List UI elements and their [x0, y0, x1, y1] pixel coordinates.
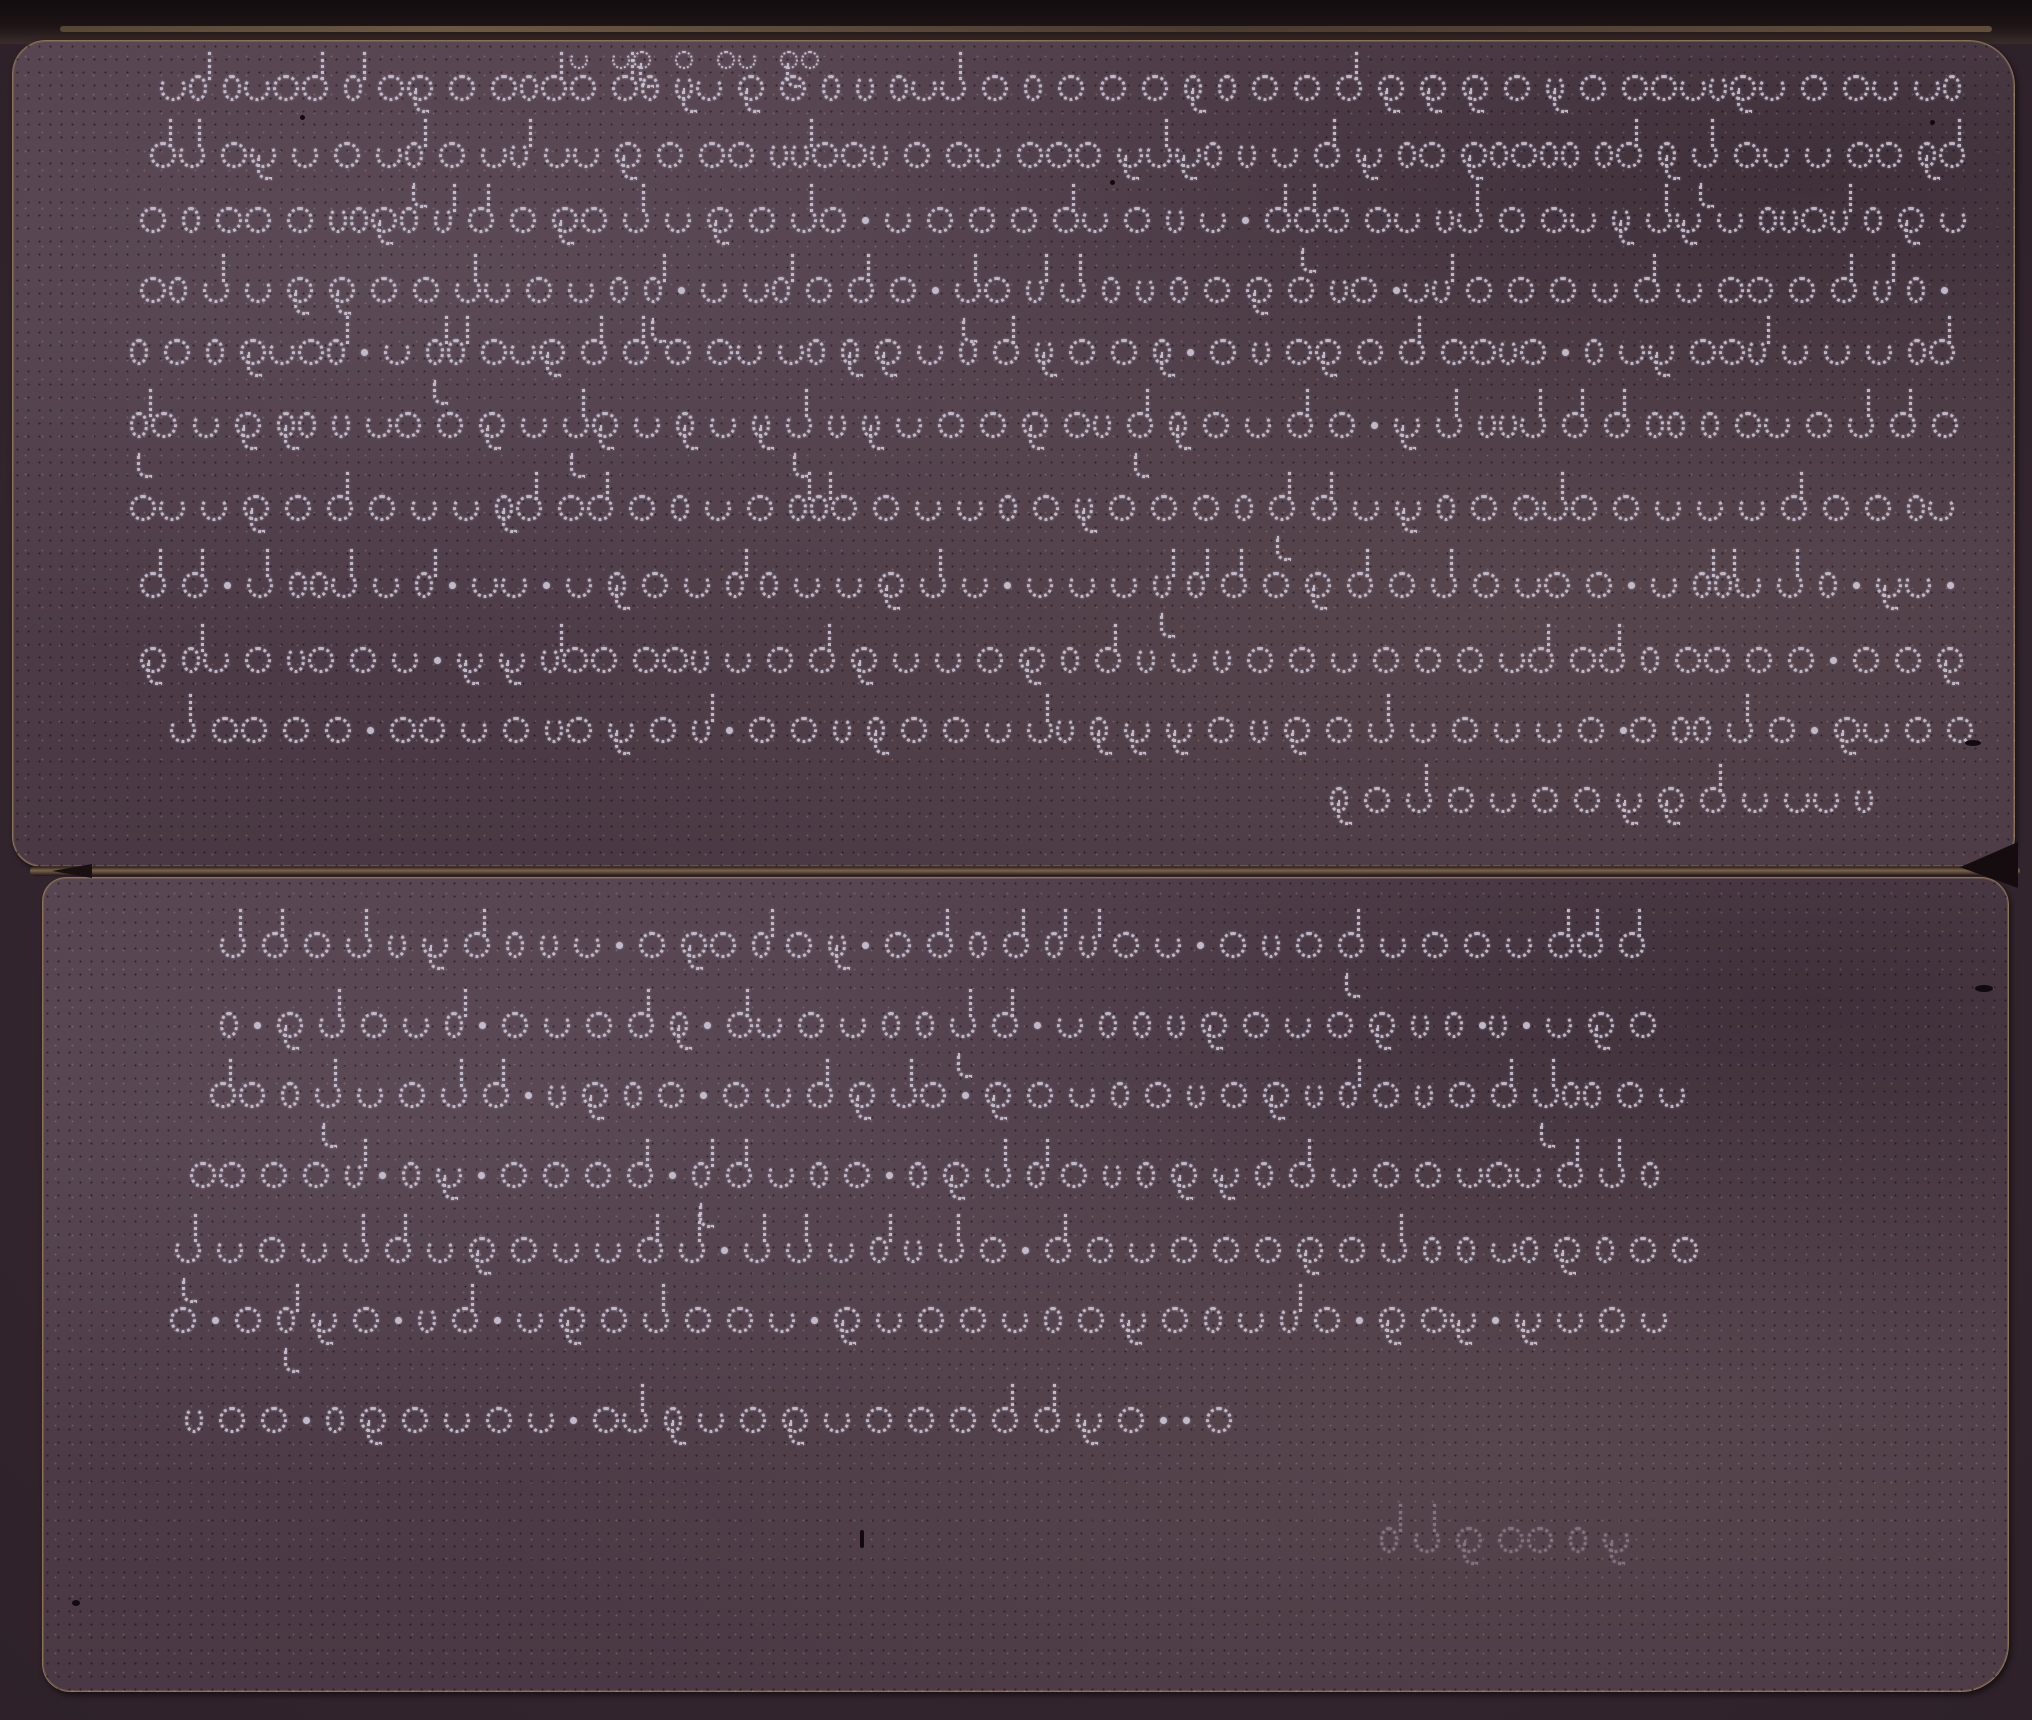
- glyph-stroke: [1569, 1527, 1587, 1553]
- glyph-stroke: [1733, 647, 1743, 673]
- glyph-stroke: [1462, 75, 1488, 101]
- glyph-stroke: [964, 647, 974, 673]
- glyph-stroke: [1191, 1307, 1201, 1333]
- glyph-stroke: [1410, 1237, 1420, 1263]
- glyph-stroke: [1343, 142, 1353, 168]
- glyph-stroke: [1895, 339, 1905, 365]
- glyph-stroke: [1255, 1162, 1273, 1188]
- glyph-stroke: [468, 207, 494, 233]
- glyph-stroke: [1339, 1237, 1365, 1263]
- glyph-stroke: [1169, 412, 1187, 438]
- glyph-stroke: [809, 75, 819, 101]
- glyph-stroke: [1927, 207, 1937, 233]
- glyph-stroke: [1572, 339, 1582, 365]
- glyph-stroke: [1432, 1012, 1442, 1038]
- glyph-stroke: [890, 277, 916, 303]
- glyph-stroke: [962, 1092, 969, 1099]
- glyph-stroke: [1329, 412, 1355, 438]
- glyph-stroke: [1403, 277, 1429, 303]
- glyph-stroke: [439, 1307, 449, 1333]
- glyph-stroke: [1325, 932, 1335, 958]
- glyph-stroke: [890, 75, 908, 101]
- glyph-stroke: [979, 1012, 989, 1038]
- glyph-stroke: [902, 495, 912, 521]
- glyph-stroke: [904, 1237, 922, 1263]
- glyph-stroke: [1045, 75, 1055, 101]
- glyph-stroke: [1289, 1162, 1315, 1188]
- glyph-stroke: [773, 412, 783, 438]
- glyph-stroke: [949, 1082, 959, 1108]
- glyph-stroke: [1528, 207, 1538, 233]
- glyph-stroke: [563, 412, 589, 438]
- glyph-stroke: [615, 142, 641, 168]
- glyph-stroke: [738, 75, 764, 101]
- glyph-stroke: [346, 932, 372, 958]
- glyph-stroke: [264, 1012, 274, 1038]
- glyph-stroke: [340, 1307, 350, 1333]
- glyph-stroke: [1142, 75, 1168, 101]
- glyph-stroke: [451, 932, 461, 958]
- glyph-stroke: [1453, 277, 1463, 303]
- glyph-stroke: [1315, 339, 1341, 365]
- script-line: ဗ ပ ၊ ဖ ဒ္ဒ ေ ဘ ၊ ဇြ ၊ ဂ ၁ ၈ ဂ ၃ ပ ဂ ရ ဂ…: [140, 553, 1980, 617]
- glyph-stroke: [880, 647, 890, 673]
- glyph-stroke: [872, 207, 882, 233]
- glyph-stroke: [891, 1082, 917, 1108]
- glyph-stroke: [1373, 647, 1399, 673]
- glyph-stroke: [544, 1012, 570, 1038]
- glyph-stroke: [671, 495, 689, 521]
- glyph-stroke: [1651, 572, 1677, 598]
- glyph-stroke: [1714, 717, 1724, 743]
- glyph-stroke: [1448, 142, 1458, 168]
- glyph-stroke: [1414, 1527, 1440, 1553]
- glyph-stroke: [1371, 422, 1378, 429]
- glyph-stroke: [1461, 142, 1487, 168]
- glyph-stroke: [1204, 277, 1230, 303]
- glyph-stroke: [836, 572, 862, 598]
- glyph-stroke: [1336, 75, 1362, 101]
- glyph-stroke: [769, 1407, 779, 1433]
- glyph-stroke: [628, 1012, 654, 1038]
- glyph-stroke: [432, 1012, 442, 1038]
- glyph-stroke: [1364, 787, 1390, 813]
- glyph-stroke: [540, 932, 558, 958]
- glyph-stroke: [1389, 572, 1415, 598]
- glyph-stroke: [1485, 1527, 1495, 1553]
- glyph-stroke: [1905, 142, 1915, 168]
- glyph-stroke: [1895, 647, 1921, 673]
- glyph-stroke: [982, 75, 1008, 101]
- glyph-stroke: [246, 1237, 256, 1263]
- glyph-stroke: [553, 1237, 579, 1263]
- glyph-stroke: [491, 75, 517, 101]
- glyph-stroke: [956, 932, 966, 958]
- glyph-stroke: [1573, 572, 1583, 598]
- glyph-stroke: [917, 339, 943, 365]
- glyph-stroke: [360, 572, 370, 598]
- glyph-stroke: [1835, 412, 1845, 438]
- glyph-stroke: [1907, 277, 1925, 303]
- glyph-stroke: [1166, 207, 1184, 233]
- glyph-stroke: [754, 647, 764, 673]
- glyph-stroke: [1613, 495, 1639, 521]
- glyph-stroke: [1203, 412, 1229, 438]
- glyph-stroke: [494, 1317, 501, 1324]
- glyph-stroke: [1586, 1162, 1596, 1188]
- glyph-stroke: [1098, 339, 1108, 365]
- glyph-stroke: [1439, 717, 1449, 743]
- glyph-stroke: [1479, 1022, 1486, 1029]
- glyph-stroke: [639, 932, 665, 958]
- script-glyphs: [130, 495, 1967, 521]
- glyph-stroke: [1813, 787, 1839, 813]
- glyph-stroke: [1343, 1307, 1353, 1333]
- glyph-stroke: [1098, 572, 1108, 598]
- glyph-stroke: [1153, 717, 1163, 743]
- glyph-stroke: [1805, 142, 1831, 168]
- glyph-stroke: [878, 572, 904, 598]
- glyph-stroke: [1311, 495, 1337, 521]
- glyph-stroke: [1599, 207, 1609, 233]
- glyph-stroke: [1003, 932, 1029, 958]
- glyph-stroke: [288, 1237, 298, 1263]
- glyph-stroke: [347, 1407, 357, 1433]
- glyph-stroke: [856, 75, 874, 101]
- glyph-stroke: [739, 412, 749, 438]
- glyph-stroke: [234, 572, 244, 598]
- glyph-stroke: [652, 207, 662, 233]
- glyph-stroke: [1255, 1237, 1281, 1263]
- glyph-stroke: [379, 1172, 386, 1179]
- glyph-stroke: [686, 142, 696, 168]
- glyph-stroke: [1032, 1237, 1042, 1263]
- glyph-stroke: [1793, 412, 1803, 438]
- glyph-stroke: [1834, 717, 1860, 743]
- glyph-stroke: [1775, 647, 1785, 673]
- glyph-stroke: [1096, 495, 1106, 521]
- script-line: ဒွ ဝ ေ ဂ ရ ဂ ဇ ဂ ဂူ မြ ဂ ဒ ၁ ၁ ကျိ ဂ ဇ ဗ…: [130, 476, 1980, 540]
- glyph-stroke: [140, 277, 166, 303]
- glyph-stroke: [1907, 495, 1925, 521]
- glyph-stroke: [1747, 277, 1773, 303]
- glyph-stroke: [385, 1237, 411, 1263]
- glyph-stroke: [1499, 412, 1517, 438]
- glyph-stroke: [254, 1022, 261, 1029]
- glyph-stroke: [1801, 75, 1827, 101]
- glyph-stroke: [497, 207, 507, 233]
- glyph-stroke: [1508, 277, 1534, 303]
- glyph-stroke: [950, 1012, 976, 1038]
- glyph-stroke: [1056, 572, 1066, 598]
- glyph-stroke: [914, 207, 924, 233]
- script-line: ဂ ၁ ဗ ၊ ဂ ၁ ဘ ဒ ၁ ဂ ၊ ဗြ ဝ ဂ ဗ ၁ ဂ ၁ ဗ ဒ…: [185, 1388, 1235, 1452]
- glyph-stroke: [308, 647, 334, 673]
- glyph-stroke: [220, 1012, 238, 1038]
- glyph-stroke: [1380, 932, 1406, 958]
- glyph-stroke: [773, 1237, 783, 1263]
- glyph-stroke: [356, 495, 366, 521]
- glyph-stroke: [1087, 75, 1097, 101]
- glyph-stroke: [815, 1237, 825, 1263]
- glyph-stroke: [1603, 1527, 1629, 1553]
- glyph-stroke: [1863, 717, 1889, 743]
- glyph-stroke: [405, 1307, 415, 1333]
- glyph-stroke: [1759, 207, 1777, 233]
- glyph-stroke: [527, 932, 537, 958]
- glyph-stroke: [1648, 339, 1674, 365]
- glyph-stroke: [1040, 207, 1050, 233]
- glyph-stroke: [490, 717, 500, 743]
- glyph-stroke: [1541, 207, 1567, 233]
- glyph-stroke: [1089, 277, 1099, 303]
- glyph-stroke: [1111, 572, 1137, 598]
- glyph-stroke: [1491, 75, 1501, 101]
- glyph-stroke: [1056, 1082, 1066, 1108]
- glyph-stroke: [747, 572, 757, 598]
- script-line: ဗ ၂ သ က ၁ ဂ ၁ ဂ ၆ ၂ ဂ ဆ: [1330, 768, 1890, 832]
- glyph-stroke: [1286, 339, 1312, 365]
- glyph-stroke: [1490, 787, 1516, 813]
- script-glyphs: [210, 1082, 1685, 1108]
- script-glyphs: [140, 207, 1966, 233]
- glyph-stroke: [915, 495, 941, 521]
- glyph-stroke: [316, 207, 326, 233]
- glyph-stroke: [870, 142, 888, 168]
- glyph-stroke: [241, 717, 267, 743]
- glyph-stroke: [624, 1237, 634, 1263]
- glyph-stroke: [857, 1237, 867, 1263]
- glyph-stroke: [1056, 717, 1074, 743]
- glyph-stroke: [1523, 717, 1533, 743]
- glyph-stroke: [713, 1162, 723, 1188]
- glyph-stroke: [1659, 717, 1669, 743]
- glyph-stroke: [1520, 1082, 1530, 1108]
- glyph-stroke: [358, 277, 368, 303]
- glyph-stroke: [891, 1237, 901, 1263]
- glyph-stroke: [573, 142, 599, 168]
- glyph-stroke: [1316, 412, 1326, 438]
- glyph-stroke: [1615, 572, 1625, 598]
- script-line: ဥ ဝ ပု ရ ဒ္ဒါ ေ ဖ ဓ ဂျ မ ဝ ဂ ၁ ဂိ ၊ သ ဂ …: [140, 188, 1980, 252]
- glyph-stroke: [1466, 277, 1492, 303]
- glyph-stroke: [1283, 932, 1293, 958]
- glyph-stroke: [712, 647, 722, 673]
- glyph-stroke: [448, 717, 458, 743]
- glyph-stroke: [227, 339, 237, 365]
- glyph-stroke: [1197, 339, 1207, 365]
- glyph-stroke: [914, 932, 924, 958]
- glyph-stroke: [1947, 582, 1954, 589]
- glyph-stroke: [1111, 717, 1121, 743]
- glyph-stroke: [1590, 1527, 1600, 1553]
- glyph-stroke: [1323, 207, 1349, 233]
- glyph-stroke: [1356, 1317, 1363, 1324]
- glyph-stroke: [809, 647, 835, 673]
- glyph-stroke: [867, 717, 885, 743]
- glyph-stroke: [620, 647, 630, 673]
- glyph-stroke: [573, 1012, 583, 1038]
- glyph-stroke: [739, 932, 749, 958]
- glyph-stroke: [652, 339, 662, 365]
- glyph-stroke: [1582, 142, 1592, 168]
- glyph-stroke: [449, 75, 475, 101]
- glyph-stroke: [1735, 412, 1761, 438]
- glyph-stroke: [1352, 207, 1362, 233]
- glyph-stroke: [767, 647, 793, 673]
- glyph-stroke: [949, 572, 959, 598]
- glyph-stroke: [1726, 495, 1736, 521]
- glyph-stroke: [843, 75, 853, 101]
- glyph-stroke: [302, 1082, 312, 1108]
- glyph-stroke: [1033, 495, 1059, 521]
- glyph-stroke: [1020, 495, 1030, 521]
- glyph-stroke: [1340, 495, 1350, 521]
- glyph-stroke: [1515, 572, 1541, 598]
- glyph-stroke: [169, 277, 187, 303]
- glyph-stroke: [1885, 207, 1895, 233]
- glyph-stroke: [630, 1307, 640, 1333]
- glyph-stroke: [1642, 495, 1652, 521]
- glyph-stroke: [980, 339, 990, 365]
- glyph-stroke: [1840, 572, 1850, 598]
- glyph-stroke: [1705, 277, 1715, 303]
- glyph-stroke: [1746, 207, 1756, 233]
- glyph-stroke: [985, 717, 1011, 743]
- glyph-stroke: [1076, 1407, 1102, 1433]
- glyph-stroke: [249, 932, 259, 958]
- glyph-stroke: [612, 75, 638, 101]
- glyph-stroke: [386, 1082, 396, 1108]
- glyph-stroke: [932, 287, 939, 294]
- glyph-stroke: [185, 1407, 203, 1433]
- glyph-stroke: [1934, 572, 1944, 598]
- glyph-stroke: [1208, 1082, 1218, 1108]
- glyph-stroke: [1958, 339, 1968, 365]
- glyph-stroke: [692, 1162, 710, 1188]
- glyph-stroke: [930, 717, 940, 743]
- glyph-stroke: [287, 647, 305, 673]
- glyph-stroke: [849, 1082, 875, 1108]
- glyph-stroke: [513, 277, 523, 303]
- glyph-stroke: [570, 1417, 577, 1424]
- glyph-stroke: [1079, 932, 1097, 958]
- glyph-stroke: [824, 1407, 850, 1433]
- glyph-stroke: [431, 1407, 441, 1433]
- glyph-stroke: [1237, 717, 1247, 743]
- glyph-stroke: [289, 572, 307, 598]
- glyph-stroke: [343, 1237, 369, 1263]
- glyph-stroke: [273, 75, 299, 101]
- glyph-stroke: [298, 412, 316, 438]
- glyph-stroke: [1651, 75, 1677, 101]
- glyph-stroke: [1894, 495, 1904, 521]
- glyph-stroke: [1140, 572, 1150, 598]
- glyph-stroke: [849, 412, 859, 438]
- glyph-stroke: [264, 412, 274, 438]
- glyph-stroke: [581, 339, 607, 365]
- glyph-stroke: [449, 582, 456, 589]
- glyph-stroke: [1330, 277, 1348, 303]
- glyph-stroke: [1292, 572, 1302, 598]
- cover-edge-glint: [60, 26, 1992, 32]
- glyph-stroke: [1549, 339, 1559, 365]
- glyph-stroke: [907, 572, 917, 598]
- manuscript-top-cover-edge: [0, 0, 2032, 44]
- glyph-stroke: [1847, 142, 1873, 168]
- glyph-stroke: [1890, 412, 1916, 438]
- glyph-stroke: [943, 1162, 969, 1188]
- script-glyphs: [1330, 787, 1873, 813]
- glyph-stroke: [1399, 339, 1425, 365]
- glyph-stroke: [1617, 1012, 1627, 1038]
- glyph-stroke: [517, 1307, 543, 1333]
- glyph-stroke: [1401, 1527, 1411, 1553]
- glyph-stroke: [550, 412, 560, 438]
- glyph-stroke: [1630, 1237, 1656, 1263]
- script-glyphs: [1380, 1527, 1629, 1553]
- glyph-stroke: [697, 412, 707, 438]
- glyph-stroke: [1748, 339, 1766, 365]
- glyph-stroke: [1924, 647, 1934, 673]
- glyph-stroke: [967, 1237, 977, 1263]
- glyph-stroke: [665, 339, 691, 365]
- glyph-stroke: [752, 412, 770, 438]
- glyph-stroke: [1246, 277, 1272, 303]
- glyph-stroke: [1616, 142, 1642, 168]
- glyph-stroke: [836, 1082, 846, 1108]
- glyph-stroke: [1830, 207, 1848, 233]
- glyph-stroke: [1398, 142, 1416, 168]
- glyph-stroke: [710, 932, 736, 958]
- glyph-stroke: [1344, 339, 1354, 365]
- glyph-stroke: [831, 1162, 841, 1188]
- glyph-stroke: [140, 572, 166, 598]
- glyph-stroke: [714, 1307, 724, 1333]
- faint-erased-line: ဂ ၁ ၁ ဂ: [1380, 1508, 1640, 1572]
- glyph-stroke: [244, 75, 270, 101]
- glyph-stroke: [361, 349, 368, 356]
- glyph-stroke: [371, 207, 397, 233]
- glyph-stroke: [403, 1012, 429, 1038]
- glyph-stroke: [1402, 1082, 1412, 1108]
- glyph-stroke: [302, 75, 328, 101]
- glyph-stroke: [1599, 1162, 1625, 1188]
- glyph-stroke: [222, 412, 232, 438]
- glyph-stroke: [1205, 75, 1215, 101]
- glyph-stroke: [1247, 647, 1273, 673]
- glyph-stroke: [1567, 75, 1577, 101]
- glyph-stroke: [1540, 142, 1558, 168]
- glyph-stroke: [969, 932, 987, 958]
- glyph-stroke: [671, 572, 681, 598]
- glyph-stroke: [1532, 787, 1558, 813]
- glyph-stroke: [531, 142, 541, 168]
- glyph-stroke: [1004, 582, 1011, 589]
- glyph-stroke: [1628, 647, 1638, 673]
- glyph-stroke: [1764, 412, 1790, 438]
- glyph-stroke: [1027, 1082, 1053, 1108]
- glyph-stroke: [1137, 1162, 1155, 1188]
- glyph-stroke: [1789, 277, 1815, 303]
- glyph-stroke: [1171, 647, 1197, 673]
- glyph-stroke: [1680, 75, 1706, 101]
- glyph-stroke: [1578, 717, 1604, 743]
- glyph-stroke: [721, 1247, 728, 1254]
- glyph-stroke: [548, 1082, 566, 1108]
- glyph-stroke: [888, 717, 898, 743]
- glyph-stroke: [723, 1082, 749, 1108]
